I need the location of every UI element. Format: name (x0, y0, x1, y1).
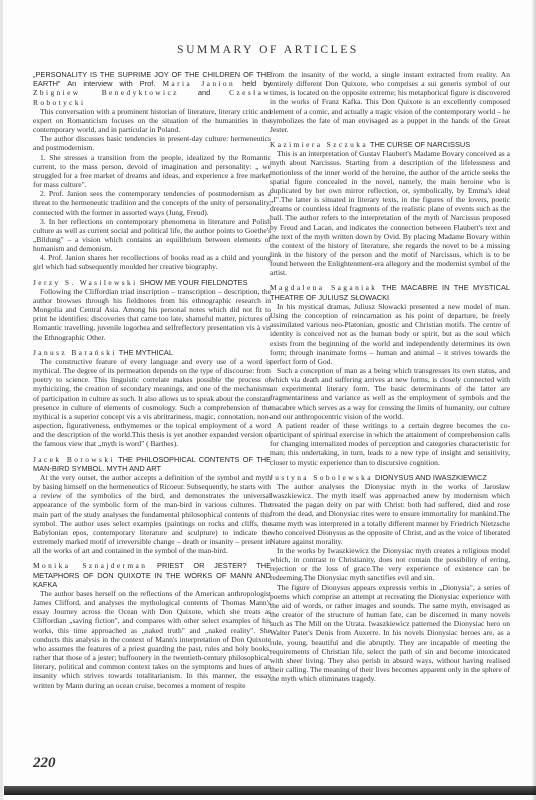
article-title: THE MYTHICAL (117, 348, 173, 357)
page-number: 220 (33, 755, 56, 772)
article-saganiak: Magdalena Saganiak THE MACABRE IN THE MY… (270, 283, 510, 466)
paragraph: 3. In her reflections on contemporary ph… (33, 217, 271, 254)
article-heading: Monika Sznajderman PRIEST OR JESTER? THE… (33, 561, 271, 589)
paragraph: The constructive feature of every langua… (33, 357, 271, 449)
paragraph: The figure of Dionysus appears expressis… (270, 583, 510, 684)
author-name: Jacek Borowski (33, 455, 115, 464)
right-column: from the insanity of the world, a single… (270, 70, 510, 689)
article-title: SHOW ME YOUR FIELDNOTES (138, 278, 248, 287)
author-name: Kazimiera Szczuka (270, 140, 368, 149)
author-name: Magdalena Saganiak (270, 283, 377, 292)
paragraph: This conversation with a prominent histo… (33, 107, 271, 134)
paragraph: 2. Prof. Janion sees the contemporary te… (33, 189, 271, 216)
paragraph: In the works by Iwaszkiewicz the Dionysi… (270, 546, 510, 583)
article-borowski: Jacek Borowski THE PHILOSOPHICAL CONTENT… (33, 455, 271, 556)
article-heading: Magdalena Saganiak THE MACABRE IN THE MY… (270, 283, 510, 301)
paragraph: from the insanity of the world, a single… (270, 70, 510, 134)
paragraph: 1. She stresses a transition from the pe… (33, 153, 271, 190)
left-column: „PERSONALITY IS THE SUPRIME JOY OF THE C… (33, 70, 271, 696)
author-name: Justyna Sobolewska (270, 473, 373, 482)
paragraph: At the very outset, the author accepts a… (33, 473, 271, 555)
scan-right-shadow (531, 0, 536, 800)
article-szczuka: Kazimiera Szczuka THE CURSE OF NARCISSUS… (270, 140, 510, 277)
article-baranski: Janusz Barański THE MYTHICAL The constru… (33, 348, 271, 449)
article-heading: „PERSONALITY IS THE SUPRIME JOY OF THE C… (33, 70, 271, 107)
article-janion: „PERSONALITY IS THE SUPRIME JOY OF THE C… (33, 70, 271, 272)
paragraph: The author bases herself on the reflecti… (33, 589, 271, 690)
scan-bottom-edge (4, 786, 536, 795)
author-name: Maria Janion (162, 79, 235, 88)
article-heading: Janusz Barański THE MYTHICAL (33, 348, 271, 357)
paragraph: Such a conception of man as a being whic… (270, 366, 510, 421)
author-name: Zbigniew Benedyktowicz (33, 88, 179, 97)
paragraph: This is an interpretation of Gustav Flau… (270, 149, 510, 277)
author-name: Monika Sznajderman (33, 561, 147, 570)
paragraph: In his mystical dramas, Juliusz Słowacki… (270, 302, 510, 366)
paragraph: A patient reader of these writings to a … (270, 421, 510, 467)
article-sobolewska: Justyna Sobolewska DIONYSUS AND IWASZKIE… (270, 473, 510, 684)
page-title: SUMMARY OF ARTICLES (0, 44, 536, 56)
article-heading: Justyna Sobolewska DIONYSUS AND IWASZKIE… (270, 473, 510, 482)
paragraph: Following the Cliffordian triad inscript… (33, 287, 271, 342)
paragraph: The author analyses the Dionysiac myth i… (270, 482, 510, 546)
article-heading: Jerzy S. Wasilewski SHOW ME YOUR FIELDNO… (33, 278, 271, 287)
article-wasilewski: Jerzy S. Wasilewski SHOW ME YOUR FIELDNO… (33, 278, 271, 342)
article-sznajderman: Monika Sznajderman PRIEST OR JESTER? THE… (33, 561, 271, 689)
author-name: Janusz Barański (33, 348, 117, 357)
paragraph: 4. Prof. Janion shares her recollections… (33, 253, 271, 271)
heading-text: held by (235, 79, 271, 88)
page-left-edge (0, 0, 3, 800)
article-title: THE CURSE OF NARCISSUS (368, 140, 470, 149)
article-heading: Kazimiera Szczuka THE CURSE OF NARCISSUS (270, 140, 510, 149)
document-page: SUMMARY OF ARTICLES „PERSONALITY IS THE … (0, 0, 536, 800)
heading-text: and (179, 88, 229, 97)
article-title: DIONYSUS AND IWASZKIEWICZ (373, 473, 487, 482)
article-heading: Jacek Borowski THE PHILOSOPHICAL CONTENT… (33, 455, 271, 473)
article-sznajderman-continued: from the insanity of the world, a single… (270, 70, 510, 134)
paragraph: The author discusses basic tendencies in… (33, 134, 271, 152)
author-name: Jerzy S. Wasilewski (33, 278, 138, 287)
